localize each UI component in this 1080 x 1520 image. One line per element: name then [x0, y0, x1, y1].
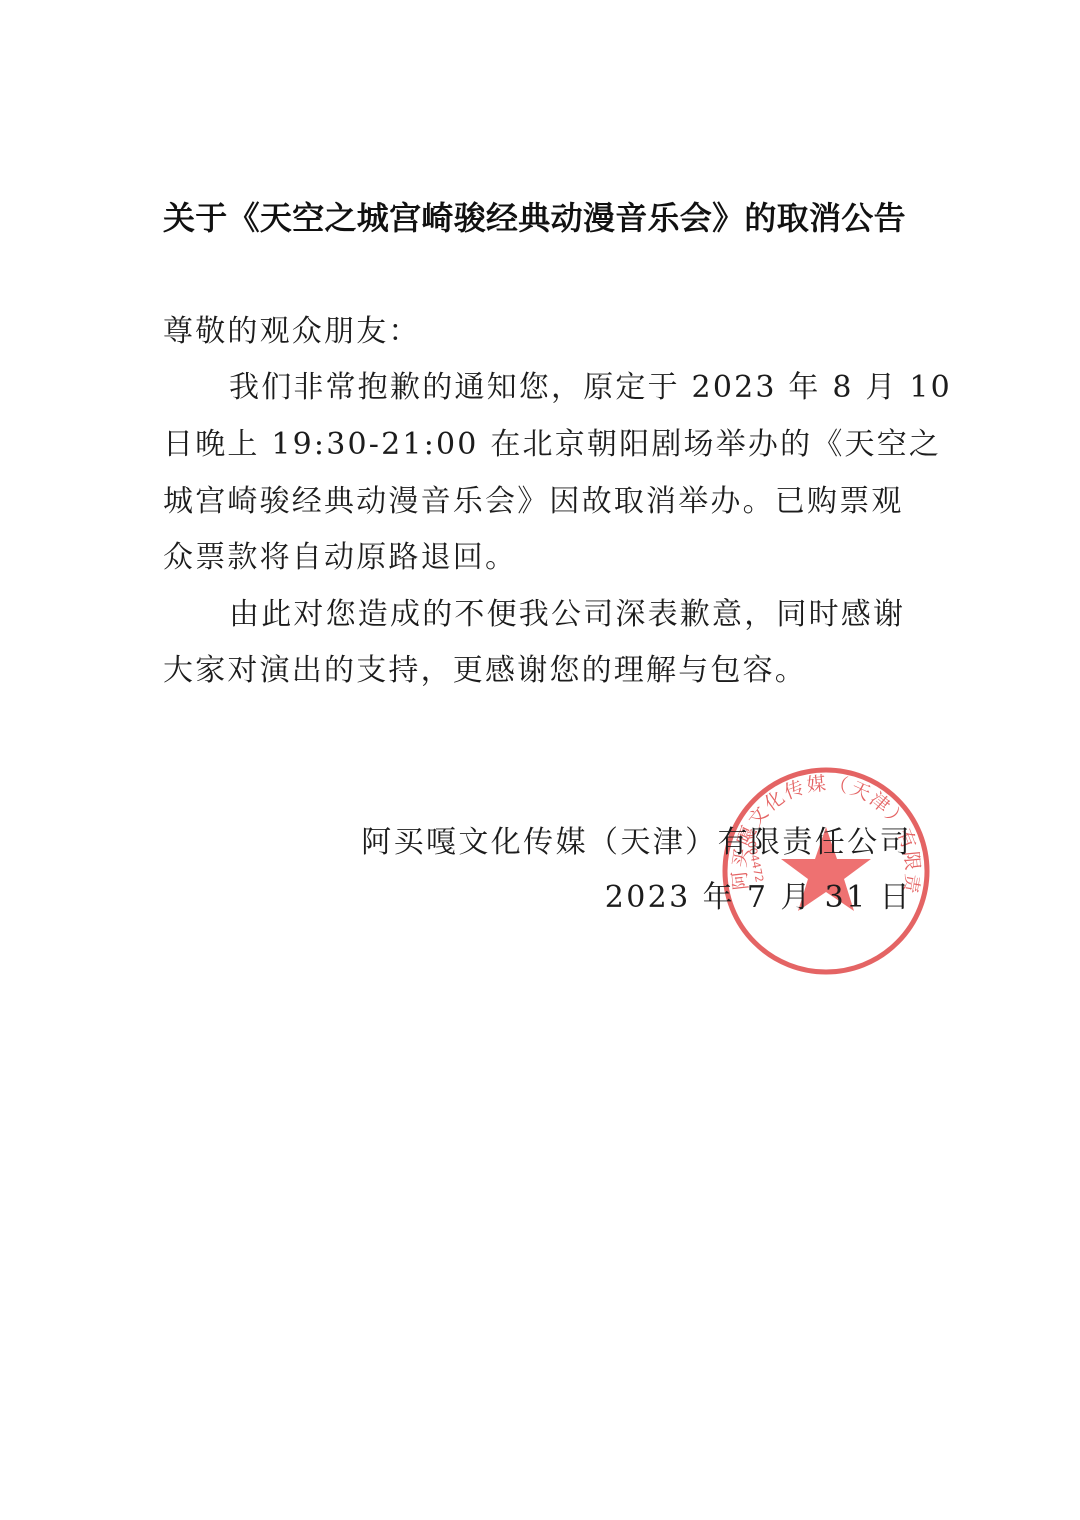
paragraph-line: 城宫崎骏经典动漫音乐会》因故取消举办。已购票观	[163, 482, 915, 522]
paragraph-line: 我们非常抱歉的通知您，原定于 2023 年 8 月 10	[229, 368, 981, 408]
paragraph-line: 由此对您造成的不便我公司深表歉意，同时感谢	[229, 595, 981, 635]
signature-date: 2023 年 7 月 31 日	[605, 878, 912, 918]
paragraph-line: 大家对演出的支持，更感谢您的理解与包容。	[163, 651, 915, 691]
company-signature: 阿买嘎文化传媒（天津）有限责任公司	[361, 823, 912, 863]
paragraph-line: 众票款将自动原路退回。	[163, 538, 915, 578]
official-seal: 阿买嘎文化传媒（天津）有限责任公司 1004472	[720, 765, 932, 977]
document-title: 关于《天空之城宫崎骏经典动漫音乐会》的取消公告	[163, 196, 915, 240]
paragraph-line: 日晚上 19:30-21:00 在北京朝阳剧场举办的《天空之	[163, 425, 915, 465]
salutation: 尊敬的观众朋友：	[163, 312, 915, 352]
document-page: 关于《天空之城宫崎骏经典动漫音乐会》的取消公告 尊敬的观众朋友： 我们非常抱歉的…	[0, 0, 1080, 1520]
